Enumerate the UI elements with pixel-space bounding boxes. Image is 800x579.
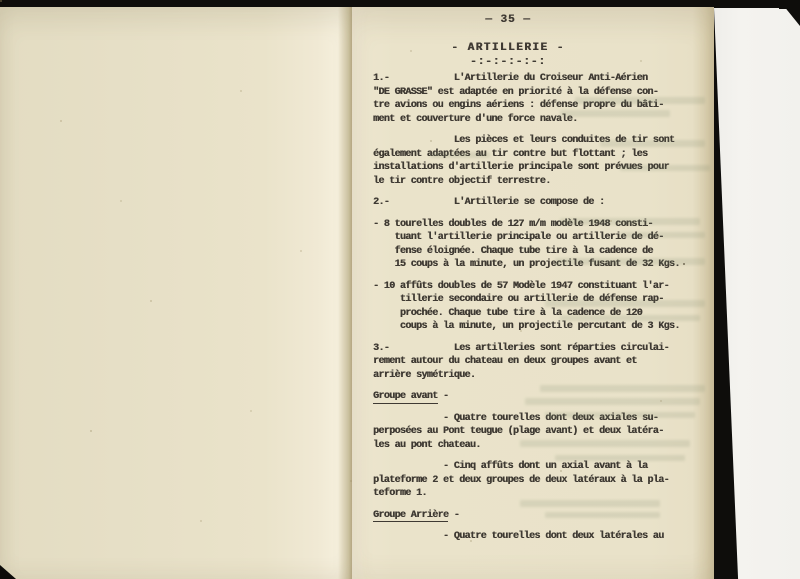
text-line: perposées au Pont teugue (plage avant) e… bbox=[373, 425, 689, 439]
paragraph: 1.- L'Artillerie du Croiseur Anti-Aérien… bbox=[373, 72, 689, 126]
scan-corner-top-right-wedge bbox=[779, 0, 800, 26]
text-line: - Cinq affûts dont un axial avant à la bbox=[373, 460, 689, 474]
text-line: les au pont chateau. bbox=[373, 439, 689, 453]
text-line: fense éloignée. Chaque tube tire à la ca… bbox=[373, 245, 689, 259]
text-line: ment et couverture d'une force navale. bbox=[373, 113, 689, 127]
section-heading-underlined-text: Groupe avant bbox=[373, 391, 438, 404]
page-text: 1.- L'Artillerie du Croiseur Anti-Aérien… bbox=[373, 72, 689, 544]
paragraph: 2.- L'Artillerie se compose de : bbox=[373, 196, 689, 210]
scan-corner-bottom-left bbox=[0, 565, 16, 579]
left-page-blank bbox=[0, 7, 352, 579]
text-line: prochée. Chaque tube tire à la cadence d… bbox=[373, 307, 689, 321]
page-number: — 35 — bbox=[373, 14, 643, 26]
section-heading-underlined-text: Groupe Arrière bbox=[373, 510, 448, 523]
paragraph: 3.- Les artilleries sont réparties circu… bbox=[373, 342, 689, 383]
paragraph: - Cinq affûts dont un axial avant à lapl… bbox=[373, 460, 689, 501]
text-line: tuant l'artillerie principale ou artille… bbox=[373, 231, 689, 245]
text-line: "DE GRASSE" est adaptée en priorité à la… bbox=[373, 86, 689, 100]
text-line: 2.- L'Artillerie se compose de : bbox=[373, 196, 689, 210]
paragraph: - 8 tourelles doubles de 127 m/m modèle … bbox=[373, 218, 689, 272]
document-title: - ARTILLERIE - bbox=[373, 42, 643, 54]
text-line: rement autour du chateau en deux groupes… bbox=[373, 355, 689, 369]
text-line: 3.- Les artilleries sont réparties circu… bbox=[373, 342, 689, 356]
text-line: plateforme 2 et deux groupes de deux lat… bbox=[373, 474, 689, 488]
text-line: teforme 1. bbox=[373, 487, 689, 501]
text-line: installations d'artillerie principale so… bbox=[373, 161, 689, 175]
title-rule: -:-:-:-:-: bbox=[373, 56, 643, 68]
text-line: le tir contre objectif terrestre. bbox=[373, 175, 689, 189]
text-line: tillerie secondaire ou artillerie de déf… bbox=[373, 293, 689, 307]
section-heading: Groupe avant - bbox=[373, 390, 689, 404]
text-line: 15 coups à la minute, un projectile fusa… bbox=[373, 258, 689, 272]
paragraph: - Quatre tourelles dont deux axiales su-… bbox=[373, 412, 689, 453]
paragraph: - 10 affûts doubles de 57 Modèle 1947 co… bbox=[373, 280, 689, 334]
text-line: arrière symétrique. bbox=[373, 369, 689, 383]
text-line: - Quatre tourelles dont deux latérales a… bbox=[373, 530, 689, 544]
section-heading: Groupe Arrière - bbox=[373, 509, 689, 523]
text-line: 1.- L'Artillerie du Croiseur Anti-Aérien bbox=[373, 72, 689, 86]
text-line: Les pièces et leurs conduites de tir son… bbox=[373, 134, 689, 148]
text-line: coups à la minute, un projectile percuta… bbox=[373, 320, 689, 334]
paragraph: - Quatre tourelles dont deux latérales a… bbox=[373, 530, 689, 544]
text-line: tre avions ou engins aériens : défense p… bbox=[373, 99, 689, 113]
text-line: - 8 tourelles doubles de 127 m/m modèle … bbox=[373, 218, 689, 232]
text-line: également adaptées au tir contre but flo… bbox=[373, 148, 689, 162]
text-line: - Quatre tourelles dont deux axiales su- bbox=[373, 412, 689, 426]
paragraph: Les pièces et leurs conduites de tir son… bbox=[373, 134, 689, 188]
text-line: - 10 affûts doubles de 57 Modèle 1947 co… bbox=[373, 280, 689, 294]
paper-speckles bbox=[0, 0, 2, 2]
